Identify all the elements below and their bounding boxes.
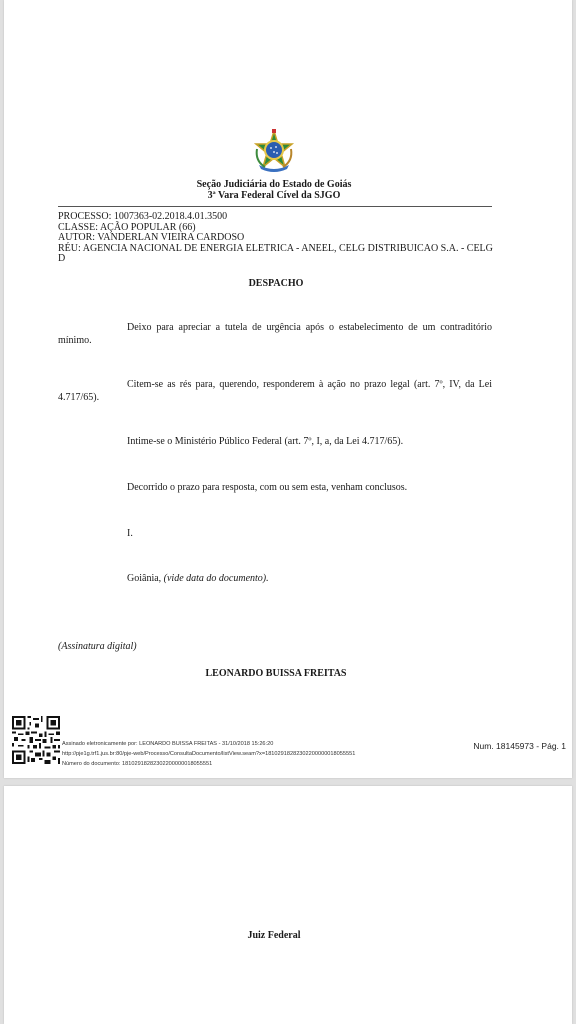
document-viewer: Seção Judiciária do Estado de Goiás 3ª V… xyxy=(0,0,576,1024)
document-number: Número do documento: 1810291828230220000… xyxy=(62,759,355,769)
header-divider xyxy=(58,206,492,207)
case-number: PROCESSO: 1007363-02.2018.4.01.3500 xyxy=(58,212,494,223)
case-defendant: RÉU: AGENCIA NACIONAL DE ENERGIA ELETRIC… xyxy=(58,244,494,255)
place-date: Goiânia, (vide data do documento). xyxy=(127,573,269,584)
place-name: Goiânia, xyxy=(127,573,161,584)
case-info: PROCESSO: 1007363-02.2018.4.01.3500 CLAS… xyxy=(58,212,494,265)
electronic-signature-info: Assinado eletronicamente por: LEONARDO B… xyxy=(62,739,355,769)
paragraph-line: 4.717/65). xyxy=(58,391,492,404)
case-defendant-cont: D xyxy=(58,254,494,265)
case-plaintiff: AUTOR: VANDERLAN VIEIRA CARDOSO xyxy=(58,233,494,244)
date-note: (vide data do documento). xyxy=(164,573,269,584)
paragraph-citation: Citem-se as rés para, querendo, responde… xyxy=(58,378,492,404)
paragraph-line: Citem-se as rés para, querendo, responde… xyxy=(58,378,492,391)
judge-name: LEONARDO BUISSA FREITAS xyxy=(4,668,548,679)
court-header: Seção Judiciária do Estado de Goiás 3ª V… xyxy=(4,179,544,201)
document-title: DESPACHO xyxy=(4,278,548,289)
qr-code-icon[interactable] xyxy=(12,716,60,764)
court-division-name: 3ª Vara Federal Cível da SJGO xyxy=(4,190,544,201)
paragraph-line: mínimo. xyxy=(58,334,492,347)
paragraph-line: Deixo para apreciar a tutela de urgência… xyxy=(58,321,492,334)
document-page-2: Juiz Federal xyxy=(4,786,572,1024)
paragraph-conclusion: Decorrido o prazo para resposta, com ou … xyxy=(127,482,407,493)
digital-signature-label: (Assinatura digital) xyxy=(58,641,137,652)
verification-url[interactable]: http://pje1g.trf1.jus.br:80/pje-web/Proc… xyxy=(62,749,355,759)
paragraph-intimation: Intime-se o Ministério Público Federal (… xyxy=(127,436,403,447)
document-page-1: Seção Judiciária do Estado de Goiás 3ª V… xyxy=(4,0,572,778)
signed-by-text: Assinado eletronicamente por: LEONARDO B… xyxy=(62,739,355,749)
page-number: Num. 18145973 - Pág. 1 xyxy=(473,741,566,751)
judge-title: Juiz Federal xyxy=(4,930,544,941)
brazil-coat-of-arms-icon xyxy=(251,129,297,175)
closing-mark: I. xyxy=(127,528,133,539)
court-section-name: Seção Judiciária do Estado de Goiás xyxy=(4,179,544,190)
paragraph-urgency: Deixo para apreciar a tutela de urgência… xyxy=(58,321,492,347)
